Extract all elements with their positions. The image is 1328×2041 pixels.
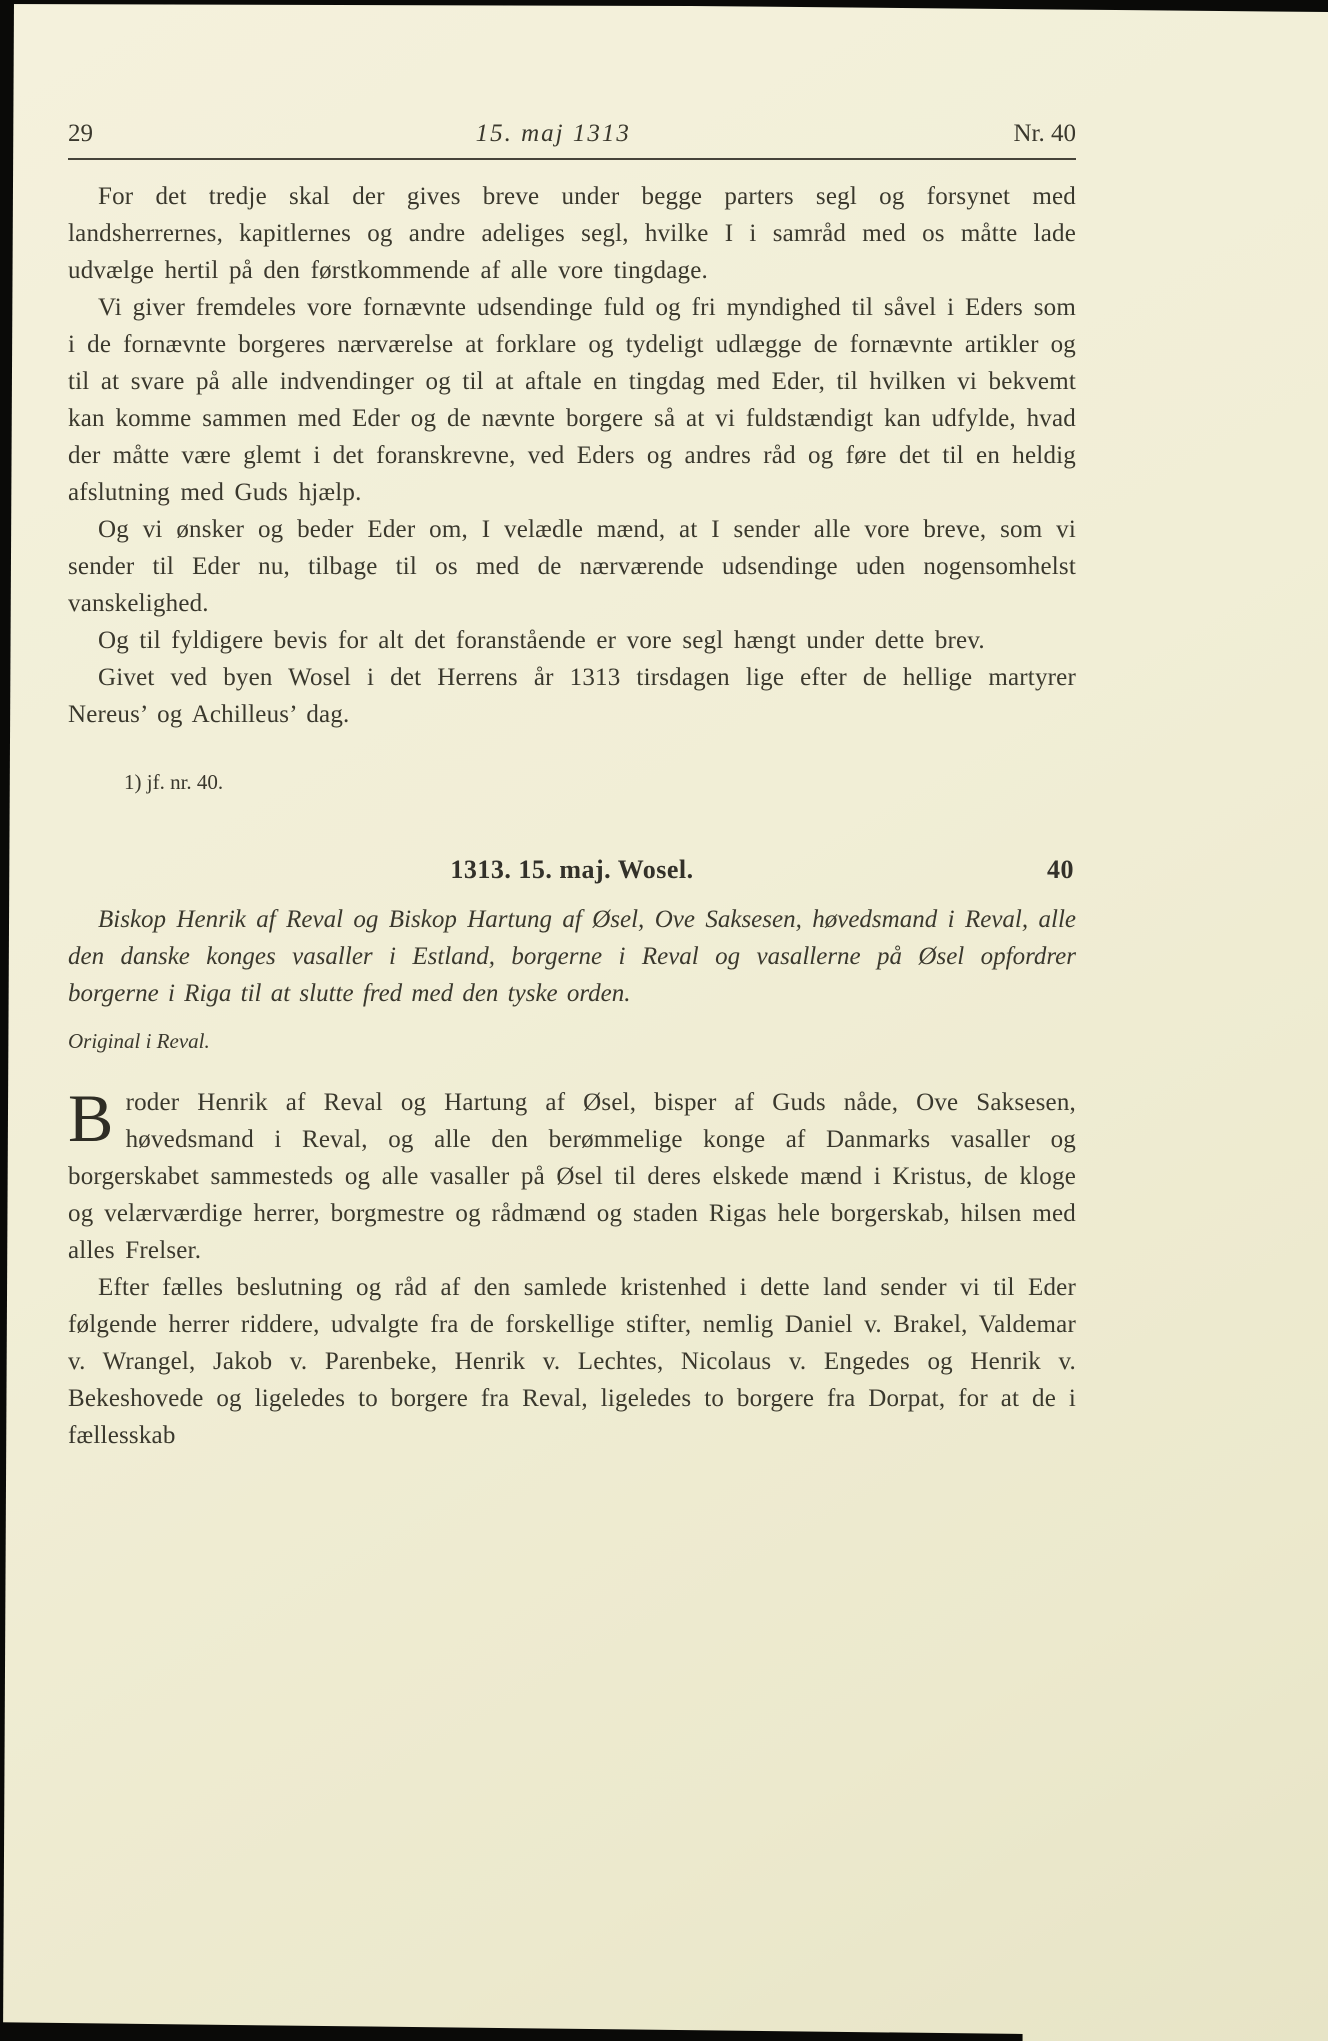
entry-summary: Biskop Henrik af Reval og Biskop Hartung… xyxy=(68,901,1076,1012)
entry-number: 40 xyxy=(1047,853,1074,887)
drop-cap: B xyxy=(68,1084,126,1147)
footnote: 1) jf. nr. 40. xyxy=(124,767,1076,797)
scan-black-edge-left xyxy=(0,0,16,2041)
letter-paragraph-1: For det tredje skal der gives breve unde… xyxy=(68,178,1076,289)
letter-opening-paragraph: Broder Henrik af Reval og Hartung af Øse… xyxy=(68,1084,1076,1269)
header-doc-number: Nr. 40 xyxy=(1014,118,1077,150)
letter-paragraph-2: Vi giver fremdeles vore fornævnte udsend… xyxy=(68,289,1076,511)
entry-heading-row: 1313. 15. maj. Wosel. 40 xyxy=(68,853,1076,887)
scanned-book-page: 29 15. maj 1313 Nr. 40 For det tredje sk… xyxy=(0,0,1328,2041)
letter-paragraph-3: Og vi ønsker og beder Eder om, I velædle… xyxy=(68,511,1076,622)
header-rule xyxy=(68,158,1076,160)
page-number: 29 xyxy=(68,118,93,150)
letter-opening-text: roder Henrik af Reval og Hartung af Øsel… xyxy=(68,1089,1076,1264)
letter-paragraph-4: Og til fyldigere bevis for alt det foran… xyxy=(68,622,1076,659)
running-head-date: 15. maj 1313 xyxy=(93,118,1014,150)
page-content: 29 15. maj 1313 Nr. 40 For det tredje sk… xyxy=(68,118,1076,1454)
letter-paragraph-5: Givet ved byen Wosel i det Herrens år 13… xyxy=(68,659,1076,733)
page-header: 29 15. maj 1313 Nr. 40 xyxy=(68,118,1076,150)
source-note: Original i Reval. xyxy=(68,1028,1076,1054)
scan-black-edge-top xyxy=(0,0,1328,14)
letter-body-paragraph: Efter fælles beslutning og råd af den sa… xyxy=(68,1269,1076,1454)
scan-black-edge-bottom xyxy=(0,2019,1328,2041)
entry-title: 1313. 15. maj. Wosel. xyxy=(450,855,693,884)
